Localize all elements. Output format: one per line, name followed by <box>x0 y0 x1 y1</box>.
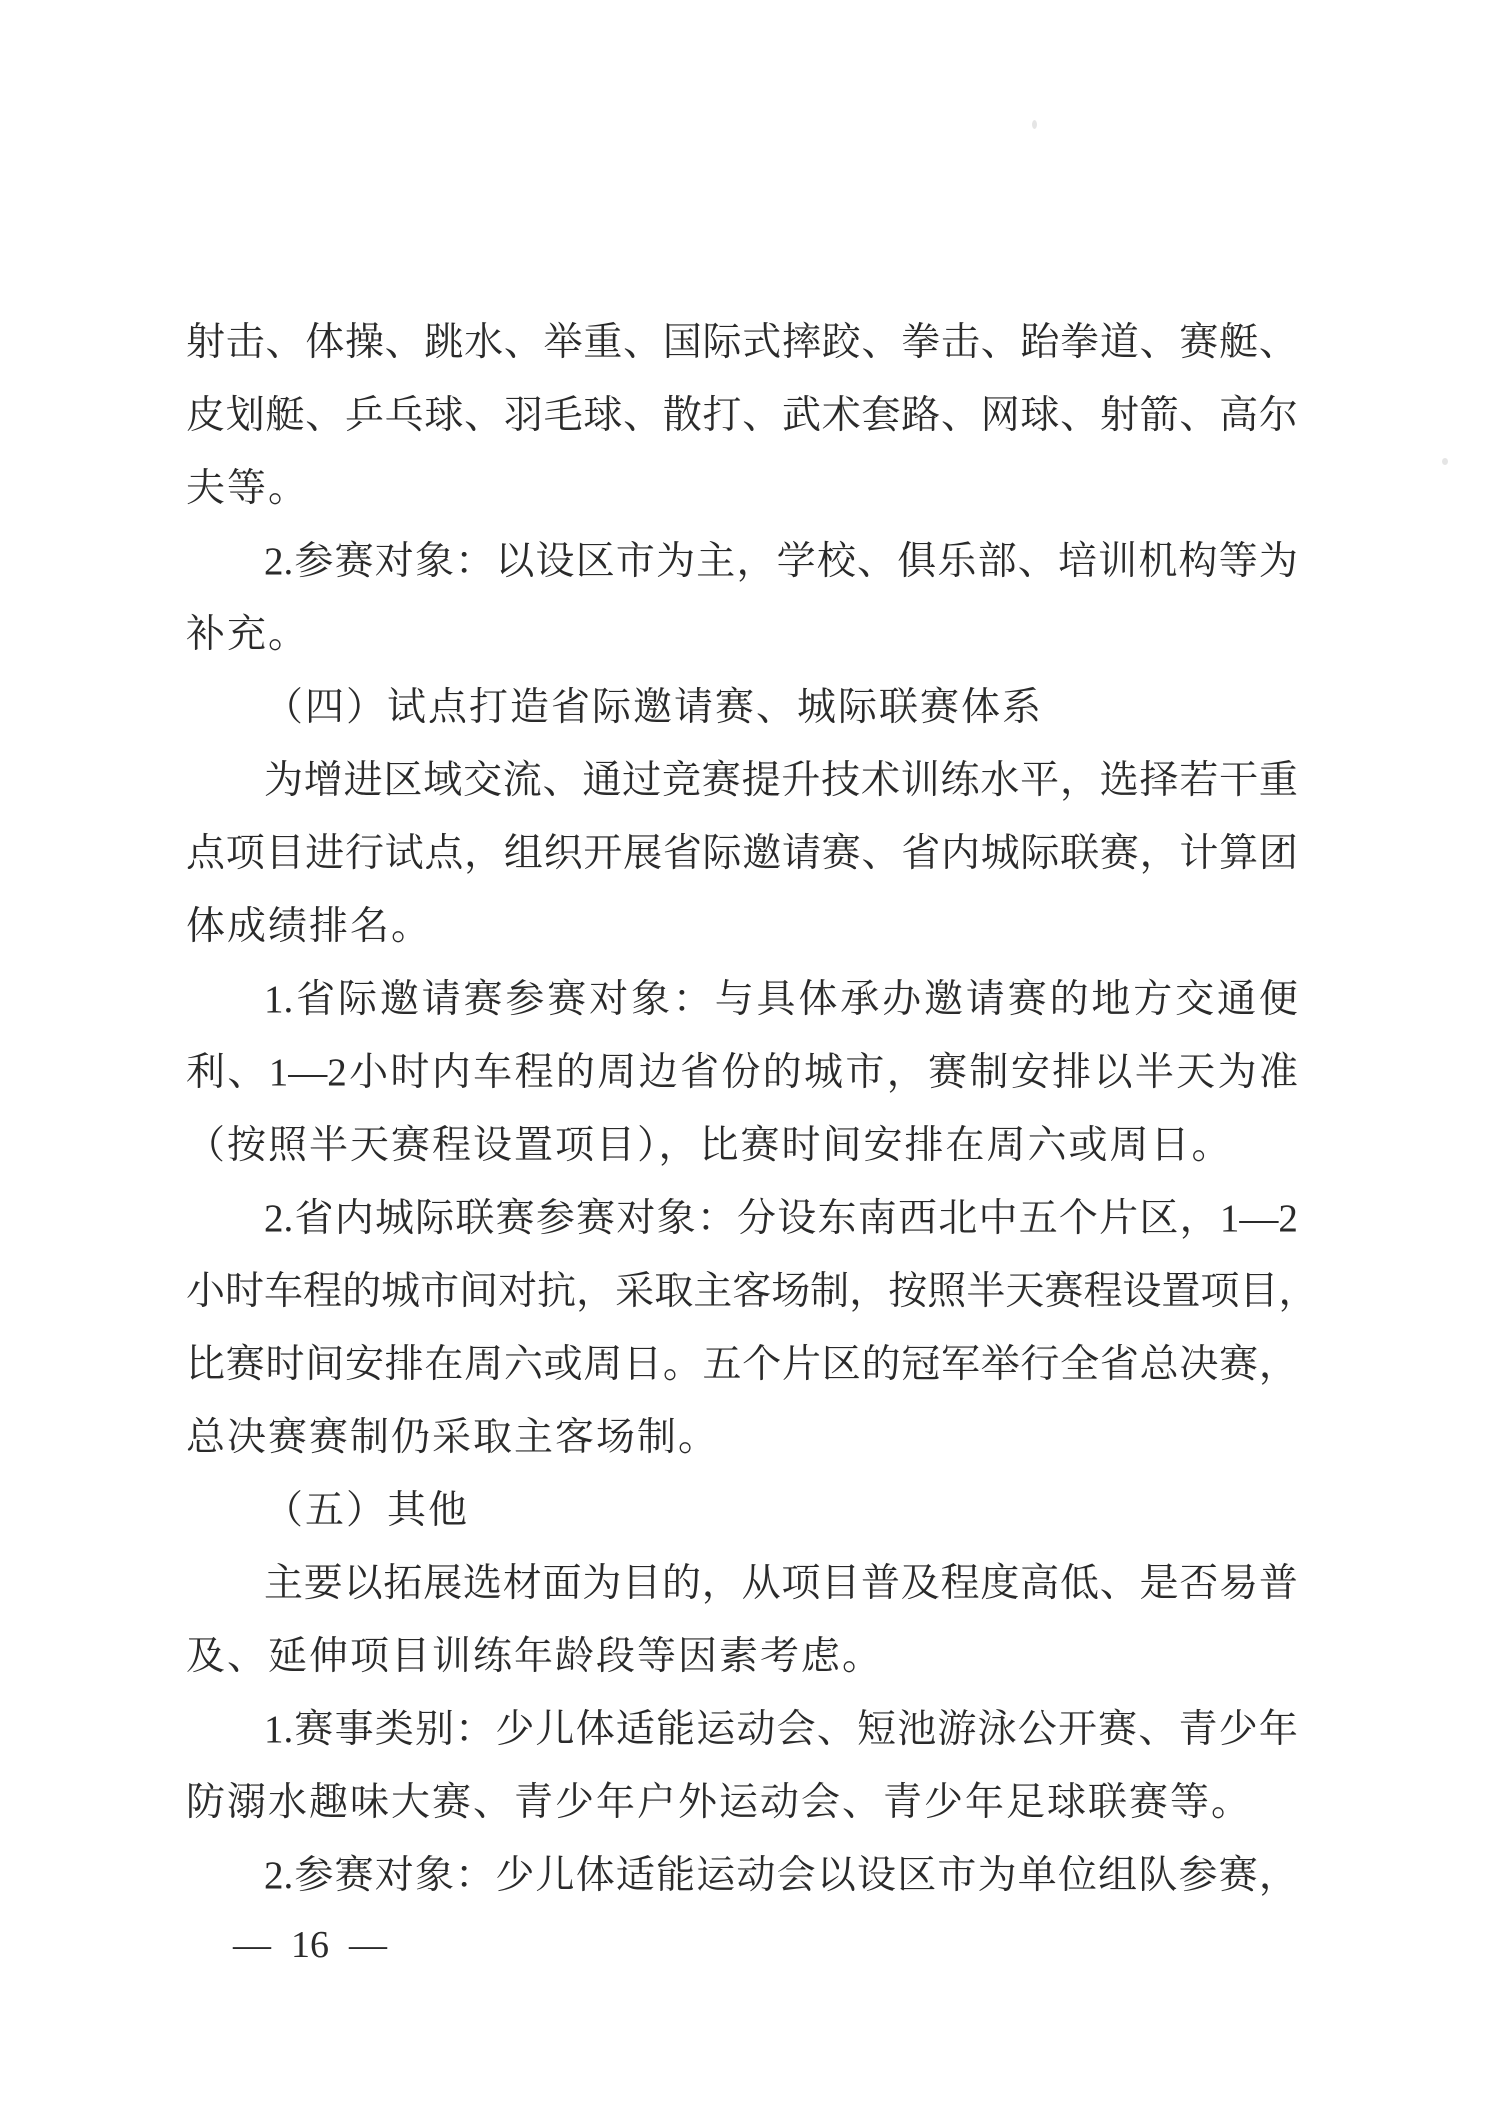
document-body: 射击、体操、跳水、举重、国际式摔跤、拳击、跆拳道、赛艇、皮划艇、乒乓球、羽毛球、… <box>186 306 1298 1912</box>
text-line: 2.省内城际联赛参赛对象：分设东南西北中五个片区，1—2 <box>186 1182 1298 1255</box>
text-line: 2.参赛对象：以设区市为主，学校、俱乐部、培训机构等为 <box>186 525 1298 598</box>
footer-dash-right: — <box>349 1923 387 1967</box>
text-line: 射击、体操、跳水、举重、国际式摔跤、拳击、跆拳道、赛艇、 <box>186 306 1298 379</box>
text-line: 2.参赛对象：少儿体适能运动会以设区市为单位组队参赛， <box>186 1839 1298 1912</box>
text-line: 利、1—2小时内车程的周边省份的城市，赛制安排以半天为准 <box>186 1036 1298 1109</box>
text-line: 比赛时间安排在周六或周日。五个片区的冠军举行全省总决赛， <box>186 1328 1298 1401</box>
document-page: 射击、体操、跳水、举重、国际式摔跤、拳击、跆拳道、赛艇、皮划艇、乒乓球、羽毛球、… <box>0 0 1488 2105</box>
page-number: 16 <box>291 1923 329 1967</box>
text-line: （按照半天赛程设置项目），比赛时间安排在周六或周日。 <box>186 1109 1298 1182</box>
scan-speck <box>1032 120 1037 129</box>
scan-speck <box>1442 458 1448 465</box>
text-line: 1.赛事类别：少儿体适能运动会、短池游泳公开赛、青少年 <box>186 1693 1298 1766</box>
text-line: 及、延伸项目训练年龄段等因素考虑。 <box>186 1620 1298 1693</box>
footer-dash-left: — <box>233 1923 271 1967</box>
text-line: 皮划艇、乒乓球、羽毛球、散打、武术套路、网球、射箭、高尔 <box>186 379 1298 452</box>
text-line: 补充。 <box>186 598 1298 671</box>
text-line: 总决赛赛制仍采取主客场制。 <box>186 1401 1298 1474</box>
text-line: （五）其他 <box>186 1474 1298 1547</box>
text-line: 防溺水趣味大赛、青少年户外运动会、青少年足球联赛等。 <box>186 1766 1298 1839</box>
text-line: 体成绩排名。 <box>186 890 1298 963</box>
text-line: （四）试点打造省际邀请赛、城际联赛体系 <box>186 671 1298 744</box>
text-line: 点项目进行试点，组织开展省际邀请赛、省内城际联赛，计算团 <box>186 817 1298 890</box>
text-line: 夫等。 <box>186 452 1298 525</box>
text-line: 主要以拓展选材面为目的，从项目普及程度高低、是否易普 <box>186 1547 1298 1620</box>
page-footer: — 16 — <box>233 1923 387 1967</box>
text-line: 1.省际邀请赛参赛对象：与具体承办邀请赛的地方交通便 <box>186 963 1298 1036</box>
text-line: 小时车程的城市间对抗，采取主客场制，按照半天赛程设置项目， <box>186 1255 1298 1328</box>
text-line: 为增进区域交流、通过竞赛提升技术训练水平，选择若干重 <box>186 744 1298 817</box>
